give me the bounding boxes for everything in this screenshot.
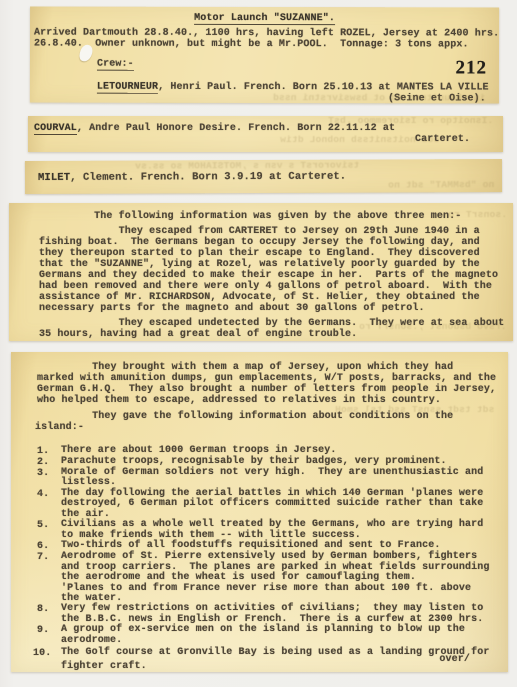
crew-member-milet: MILET, Clement. French. Born 3.9.19 at C… — [38, 172, 346, 184]
bleedthrough-text: .rsvo bsdonsl ,.sonsrT ro — [359, 321, 507, 332]
account-line: They escaped from CARTERET to Jersey on … — [39, 226, 505, 237]
condition-number: 3. — [37, 468, 61, 489]
map-line: They brought with them a map of Jersey, … — [37, 362, 500, 373]
account-line: assistance of Mr. RICHARDSON, Advocate, … — [39, 292, 505, 303]
account-line: necessary parts for the magneto and abou… — [39, 303, 505, 314]
crew-name: LETOURNEUR — [97, 82, 158, 94]
paper-strip-courval: .Isnoitqo ro Isioremmoo ,bsT sos noitsni… — [28, 116, 503, 152]
crew-details: , Andre Paul Honore Desire. French. Born… — [77, 123, 395, 134]
condition-item: 7. Aerodrome of St. Pierre extensively u… — [37, 552, 500, 604]
crew-label-text: Crew:- — [97, 59, 134, 71]
condition-line: fighter craft. — [61, 662, 489, 672]
condition-item: 4. The day following the aerial battles … — [37, 489, 500, 520]
map-line: marked with amunition dumps, gun emplace… — [37, 373, 500, 384]
bleedthrough-text: .sonsrT ro — [448, 209, 507, 220]
condition-number: 8. — [37, 604, 61, 625]
account-line: Germans and they decided to make their e… — [39, 270, 505, 281]
condition-line: the aerodrome and the wheat is used for … — [61, 573, 489, 583]
condition-item: 9. A group of ex-service men on the isla… — [37, 625, 500, 646]
account-intro-line: The following information was given by t… — [39, 211, 505, 222]
condition-number: 9. — [37, 625, 61, 646]
crew-member-courval: COURVAL, Andre Paul Honore Desire. Frenc… — [34, 123, 395, 134]
condition-line: Parachute troops, recognisable by their … — [61, 457, 447, 467]
condition-line: destroyed, 6 German pilot officers commi… — [61, 499, 483, 509]
page-number: 212 — [455, 57, 487, 79]
condition-item: 3. Morale of German soldiers not very hi… — [37, 468, 500, 489]
crew-details: , Clement. French. Born 3.9.19 at Carter… — [70, 171, 346, 184]
bleedthrough-text: no "bsMMAT" sdt no — [388, 179, 494, 190]
document-title: Motor Launch "SUZANNE". — [30, 13, 499, 25]
bleedthrough-text: is. bsunitnoo sd ot bswsivrstni nssd — [272, 92, 484, 103]
condition-line: Morale of German soldiers not very high.… — [61, 468, 483, 478]
condition-number: 4. — [37, 489, 61, 520]
condition-number: 10. — [33, 648, 61, 672]
document-title-text: Motor Launch "SUZANNE". — [194, 13, 335, 25]
map-line: German G.H.Q. They also brought a number… — [37, 384, 500, 395]
map-line: island:- — [35, 422, 500, 433]
condition-number: 5. — [37, 520, 61, 541]
account-line: they thereupon started to plan their esc… — [39, 248, 505, 259]
paper-strip-account: .sonsrT ro .rsvo bsdonsl ,.sonsrT ro The… — [9, 203, 513, 341]
condition-line: aerodrome. — [61, 636, 465, 646]
crew-name: COURVAL — [34, 123, 77, 135]
account-line: fishing boat. The Germans began to occup… — [39, 237, 505, 248]
paper-strip-conditions: sdt tsdt ssnsT ssd tsl smoH They brought… — [11, 352, 508, 672]
account-line: that the "SUZANNE", lying at Rozel, was … — [39, 259, 505, 270]
over-label: over/ — [439, 654, 470, 665]
condition-number: 1. — [37, 446, 61, 457]
conditions-list: 1. There are about 1000 German troops in… — [37, 446, 500, 672]
condition-line: 'Planes to and from France never rise mo… — [61, 584, 489, 594]
arrival-line: 26.8.40. Owner unknown, but might be a M… — [34, 39, 469, 51]
crew-continuation: Carteret. — [415, 134, 470, 145]
scanned-document-page: Motor Launch "SUZANNE". Arrived Dartmout… — [0, 0, 517, 687]
condition-item: 10. The Golf course at Gronville Bay is … — [37, 648, 500, 672]
condition-line: The Golf course at Gronville Bay is bein… — [61, 648, 489, 658]
account-line: had been removed and there were only 4 g… — [39, 281, 505, 292]
bleedthrough-text: sdt tsdt ssnsT ssd tsl smoH — [335, 404, 494, 415]
condition-item: 5. Civilians as a whole well treated by … — [37, 520, 500, 541]
condition-line: There are about 1000 German troops in Je… — [61, 446, 336, 456]
crew-name: MILET — [38, 172, 70, 184]
condition-item: 8. Very few restrictions on activities o… — [37, 604, 500, 625]
condition-number: 7. — [37, 552, 61, 604]
crew-label: Crew:- — [97, 59, 134, 70]
paper-strip-milet: tsivororsT s vsn s ,MOTSIAHOM so ss.sv n… — [25, 159, 502, 194]
condition-number: 6. — [37, 541, 61, 552]
condition-number: 2. — [37, 457, 61, 468]
paper-strip-header: Motor Launch "SUZANNE". Arrived Dartmout… — [30, 7, 499, 104]
